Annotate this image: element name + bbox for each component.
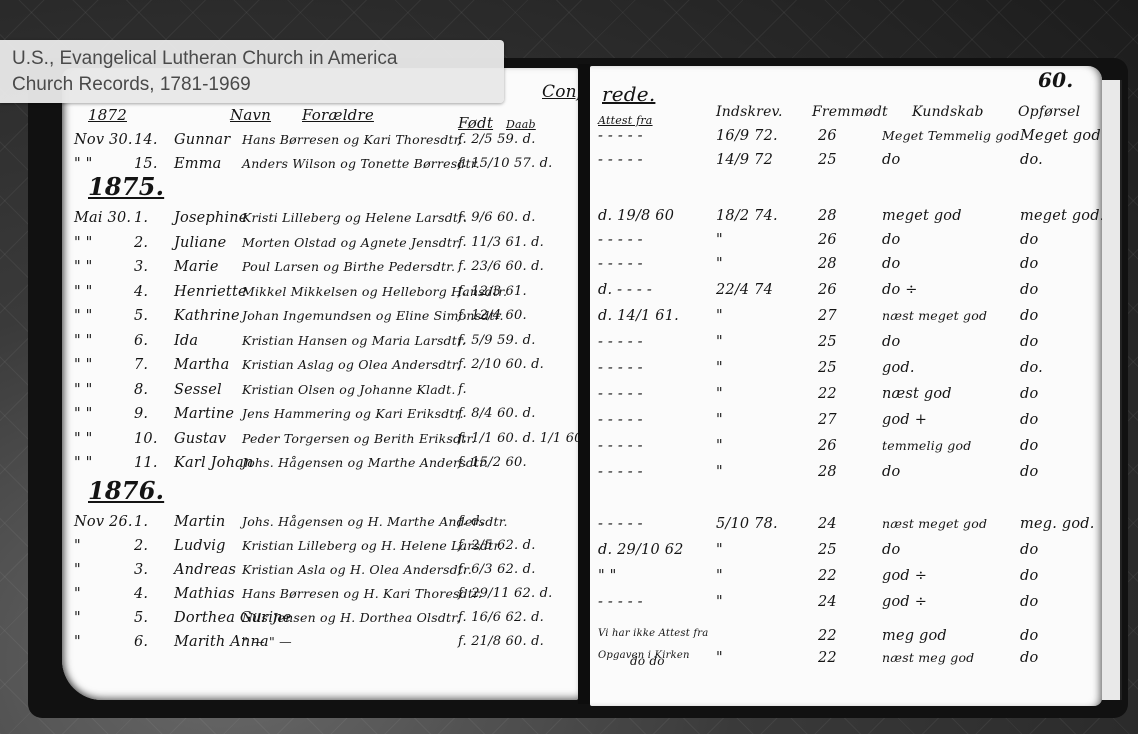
row-attest: " " <box>598 568 617 584</box>
row-knowledge: god ÷ <box>882 568 927 584</box>
row-parents: Johs. Hågensen og Marthe Andersdtr. <box>242 455 488 470</box>
row-knowledge: temmelig god <box>882 438 971 453</box>
row-age: 24 <box>818 594 837 610</box>
row-age: 28 <box>818 256 837 272</box>
row-attest: - - - - - <box>598 360 643 376</box>
row-conduct: do <box>1020 438 1038 454</box>
column-header-name: Navn <box>230 106 271 124</box>
row-date: " " <box>74 455 93 471</box>
row-age: 27 <box>818 308 837 324</box>
row-enrolled: 14/9 72 <box>716 152 773 168</box>
row-enrolled: " <box>716 438 723 454</box>
row-born: f. 12/3 61. <box>458 284 527 299</box>
row-age: 25 <box>818 334 837 350</box>
row-date: " " <box>74 156 93 172</box>
row-born: f. <box>458 382 467 397</box>
row-conduct: meget god. <box>1020 208 1102 224</box>
row-knowledge: do ÷ <box>882 282 918 298</box>
row-number: 3. <box>134 562 148 578</box>
row-born: f. 1/1 60. d. 1/1 60. <box>458 431 578 446</box>
row-attest: - - - - - <box>598 438 643 454</box>
row-knowledge: næst meget god <box>882 308 987 323</box>
row-name: Mathias <box>174 586 235 602</box>
row-attest: - - - - - <box>598 334 643 350</box>
row-born: f. 29/11 62. d. <box>458 586 552 601</box>
row-conduct: do <box>1020 386 1038 402</box>
row-knowledge: næst meget god <box>882 516 987 531</box>
year-heading-1875: 1875. <box>88 172 164 201</box>
row-date: " " <box>74 431 93 447</box>
row-name: Martin <box>174 514 225 530</box>
row-knowledge: næst god <box>882 386 952 402</box>
row-born: f. 2/10 60. d. <box>458 357 544 372</box>
row-age: 27 <box>818 412 837 428</box>
row-enrolled: " <box>716 412 723 428</box>
book-gutter <box>578 64 590 704</box>
row-enrolled: " <box>716 650 723 666</box>
row-conduct: do <box>1020 334 1038 350</box>
row-born: f. 2/5 62. d. <box>458 538 536 553</box>
page-edges <box>1100 80 1122 700</box>
row-number: 1. <box>134 514 148 530</box>
row-age: 28 <box>818 464 837 480</box>
row-conduct: do <box>1020 594 1038 610</box>
page-number: 60. <box>1038 68 1073 92</box>
row-attest: d. 19/8 60 <box>598 208 674 224</box>
footnote: do do <box>630 654 665 668</box>
caption-line-1: U.S., Evangelical Lutheran Church in Ame… <box>12 46 397 72</box>
caption-line-2: Church Records, 1781-1969 <box>12 72 397 98</box>
row-date: Mai 30. <box>74 210 131 226</box>
row-enrolled: " <box>716 464 723 480</box>
row-enrolled: " <box>716 256 723 272</box>
row-born: f. 12/4 60. <box>458 308 527 323</box>
row-date: " <box>74 586 81 602</box>
row-born: f. 16/6 62. d. <box>458 610 544 625</box>
row-born: f. 15/2 60. <box>458 455 527 470</box>
row-knowledge: meg god <box>882 628 947 644</box>
row-number: 9. <box>134 406 148 422</box>
row-parents: Poul Larsen og Birthe Pedersdtr. <box>242 259 455 274</box>
row-attest: d. - - - - <box>598 282 652 298</box>
row-date: " <box>74 562 81 578</box>
row-enrolled: " <box>716 334 723 350</box>
row-parents: " — " — <box>242 634 292 649</box>
row-conduct: do <box>1020 308 1038 324</box>
row-number: 4. <box>134 586 148 602</box>
row-name: Martine <box>174 406 234 422</box>
row-name: Ida <box>174 333 198 349</box>
row-parents: Nils Jensen og H. Dorthea Olsdtr. <box>242 610 460 625</box>
row-enrolled: " <box>716 386 723 402</box>
header-fragment: Confirme- <box>542 82 578 102</box>
row-born: f. 9/6 60. d. <box>458 210 536 225</box>
row-attest: - - - - - <box>598 128 643 144</box>
row-name: Ludvig <box>174 538 226 554</box>
row-knowledge: god ÷ <box>882 594 927 610</box>
row-date: Nov 26. <box>74 514 133 530</box>
row-date: " " <box>74 382 93 398</box>
row-age: 26 <box>818 128 837 144</box>
row-conduct: do. <box>1020 152 1043 168</box>
row-knowledge: do <box>882 464 900 480</box>
column-header-parents: Forældre <box>302 106 374 124</box>
row-age: 22 <box>818 650 837 666</box>
row-conduct: do <box>1020 464 1038 480</box>
row-number: 1. <box>134 210 148 226</box>
row-knowledge: næst meg god <box>882 650 974 665</box>
row-enrolled: " <box>716 594 723 610</box>
row-age: 25 <box>818 360 837 376</box>
row-age: 22 <box>818 628 837 644</box>
row-age: 22 <box>818 568 837 584</box>
row-conduct: do <box>1020 628 1038 644</box>
row-name: Gunnar <box>174 132 230 148</box>
row-date: " <box>74 634 81 650</box>
row-age: 26 <box>818 232 837 248</box>
row-name: Juliane <box>174 235 226 251</box>
row-date: " " <box>74 406 93 422</box>
row-attest: - - - - - <box>598 232 643 248</box>
row-conduct: Meget god <box>1020 128 1101 144</box>
year-heading-1876: 1876. <box>88 476 164 505</box>
row-attest: Vi har ikke Attest fra <box>598 628 708 639</box>
column-header-knowledge: Kundskab <box>912 104 984 120</box>
row-name: Sessel <box>174 382 222 398</box>
row-parents: Kristian Hansen og Maria Larsdtr. <box>242 333 466 348</box>
row-age: 22 <box>818 386 837 402</box>
row-number: 6. <box>134 634 148 650</box>
row-enrolled: 18/2 74. <box>716 208 778 224</box>
row-name: Henriette <box>174 284 247 300</box>
row-enrolled: " <box>716 568 723 584</box>
row-enrolled: 16/9 72. <box>716 128 778 144</box>
column-header-enrolled: Indskrev. <box>716 104 783 120</box>
row-enrolled: " <box>716 308 723 324</box>
row-enrolled: " <box>716 542 723 558</box>
row-name: Emma <box>174 156 222 172</box>
row-enrolled: 22/4 74 <box>716 282 773 298</box>
row-number: 11. <box>134 455 158 471</box>
row-date: " <box>74 610 81 626</box>
row-conduct: do <box>1020 232 1038 248</box>
row-date: " " <box>74 259 93 275</box>
row-knowledge: do <box>882 256 900 272</box>
row-name: Kathrine <box>174 308 240 324</box>
row-date: Nov 30. <box>74 132 133 148</box>
row-attest: - - - - - <box>598 516 643 532</box>
row-conduct: do. <box>1020 360 1043 376</box>
row-number: 10. <box>134 431 158 447</box>
row-parents: Hans Børresen og H. Kari Thoresdtr. <box>242 586 482 601</box>
row-conduct: do <box>1020 256 1038 272</box>
row-number: 5. <box>134 308 148 324</box>
row-number: 7. <box>134 357 148 373</box>
row-date: " " <box>74 333 93 349</box>
row-name: Marie <box>174 259 219 275</box>
row-date: " " <box>74 284 93 300</box>
row-number: 8. <box>134 382 148 398</box>
row-number: 2. <box>134 235 148 251</box>
row-date: " " <box>74 308 93 324</box>
row-parents: Peder Torgersen og Berith Eriksdtr. <box>242 431 475 446</box>
row-name: Gustav <box>174 431 226 447</box>
row-born: f. 8/4 60. d. <box>458 406 536 421</box>
right-page: 60. rede. Attest fra Indskrev. Fremmødt … <box>590 66 1102 706</box>
row-number: 3. <box>134 259 148 275</box>
row-enrolled: 5/10 78. <box>716 516 778 532</box>
row-parents: Kristian Aslag og Olea Andersdtr. <box>242 357 461 372</box>
row-attest: - - - - - <box>598 594 643 610</box>
row-number: 5. <box>134 610 148 626</box>
row-knowledge: do <box>882 232 900 248</box>
row-knowledge: do <box>882 542 900 558</box>
row-age: 28 <box>818 208 837 224</box>
row-age: 26 <box>818 282 837 298</box>
row-date: " <box>74 538 81 554</box>
row-knowledge: god. <box>882 360 915 376</box>
row-name: Martha <box>174 357 229 373</box>
row-parents: Kristi Lilleberg og Helene Larsdtr. <box>242 210 467 225</box>
row-attest: d. 14/1 61. <box>598 308 679 324</box>
row-date: " " <box>74 357 93 373</box>
row-parents: Jens Hammering og Kari Eriksdtr. <box>242 406 464 421</box>
row-number: 4. <box>134 284 148 300</box>
row-number: 6. <box>134 333 148 349</box>
row-born: f. 15/10 57. d. <box>458 156 552 171</box>
row-born: f. d. <box>458 514 484 529</box>
row-conduct: do <box>1020 650 1038 666</box>
row-attest: - - - - - <box>598 412 643 428</box>
row-knowledge: do <box>882 152 900 168</box>
row-born: f. 11/3 61. d. <box>458 235 544 250</box>
year-mark-top: 1872 <box>88 106 127 124</box>
row-parents: Kristian Asla og H. Olea Andersdtr. <box>242 562 472 577</box>
row-parents: Hans Børresen og Kari Thoresdtr. <box>242 132 463 147</box>
row-conduct: meg. god. <box>1020 516 1095 532</box>
row-number: 2. <box>134 538 148 554</box>
row-conduct: do <box>1020 568 1038 584</box>
row-attest: d. 29/10 62 <box>598 542 684 558</box>
row-born: f. 21/8 60. d. <box>458 634 544 649</box>
column-header-born: Født <box>458 114 493 132</box>
row-name: Andreas <box>174 562 236 578</box>
row-conduct: do <box>1020 542 1038 558</box>
row-age: 26 <box>818 438 837 454</box>
row-parents: Kristian Olsen og Johanne Kladt. <box>242 382 456 397</box>
row-name: Josephine <box>174 210 248 226</box>
column-header-baptized: Daab <box>506 118 536 131</box>
row-number: 14. <box>134 132 158 148</box>
row-age: 25 <box>818 152 837 168</box>
header-fragment: rede. <box>602 82 655 106</box>
column-header-attest: Attest fra <box>598 114 653 127</box>
row-enrolled: " <box>716 232 723 248</box>
column-header-age: Fremmødt <box>812 104 888 120</box>
row-born: f. 5/9 59. d. <box>458 333 536 348</box>
row-parents: Anders Wilson og Tonette Børresdtr. <box>242 156 480 171</box>
row-number: 15. <box>134 156 158 172</box>
row-attest: - - - - - <box>598 386 643 402</box>
row-parents: Morten Olstad og Agnete Jensdtr. <box>242 235 461 250</box>
row-knowledge: do <box>882 334 900 350</box>
row-knowledge: Meget Temmelig god <box>882 128 1020 143</box>
column-header-conduct: Opførsel <box>1018 104 1080 120</box>
row-conduct: do <box>1020 412 1038 428</box>
row-date: " " <box>74 235 93 251</box>
row-conduct: do <box>1020 282 1038 298</box>
row-age: 24 <box>818 516 837 532</box>
left-page: Confirme- 1872 Navn Forældre Født Daab N… <box>62 68 578 700</box>
collection-caption: U.S., Evangelical Lutheran Church in Ame… <box>0 40 504 103</box>
row-age: 25 <box>818 542 837 558</box>
row-born: f. 2/5 59. d. <box>458 132 536 147</box>
row-knowledge: meget god <box>882 208 962 224</box>
row-attest: - - - - - <box>598 152 643 168</box>
row-enrolled: " <box>716 360 723 376</box>
row-attest: - - - - - <box>598 464 643 480</box>
row-knowledge: god + <box>882 412 927 428</box>
row-attest: - - - - - <box>598 256 643 272</box>
row-born: f. 23/6 60. d. <box>458 259 544 274</box>
row-born: f. 6/3 62. d. <box>458 562 536 577</box>
